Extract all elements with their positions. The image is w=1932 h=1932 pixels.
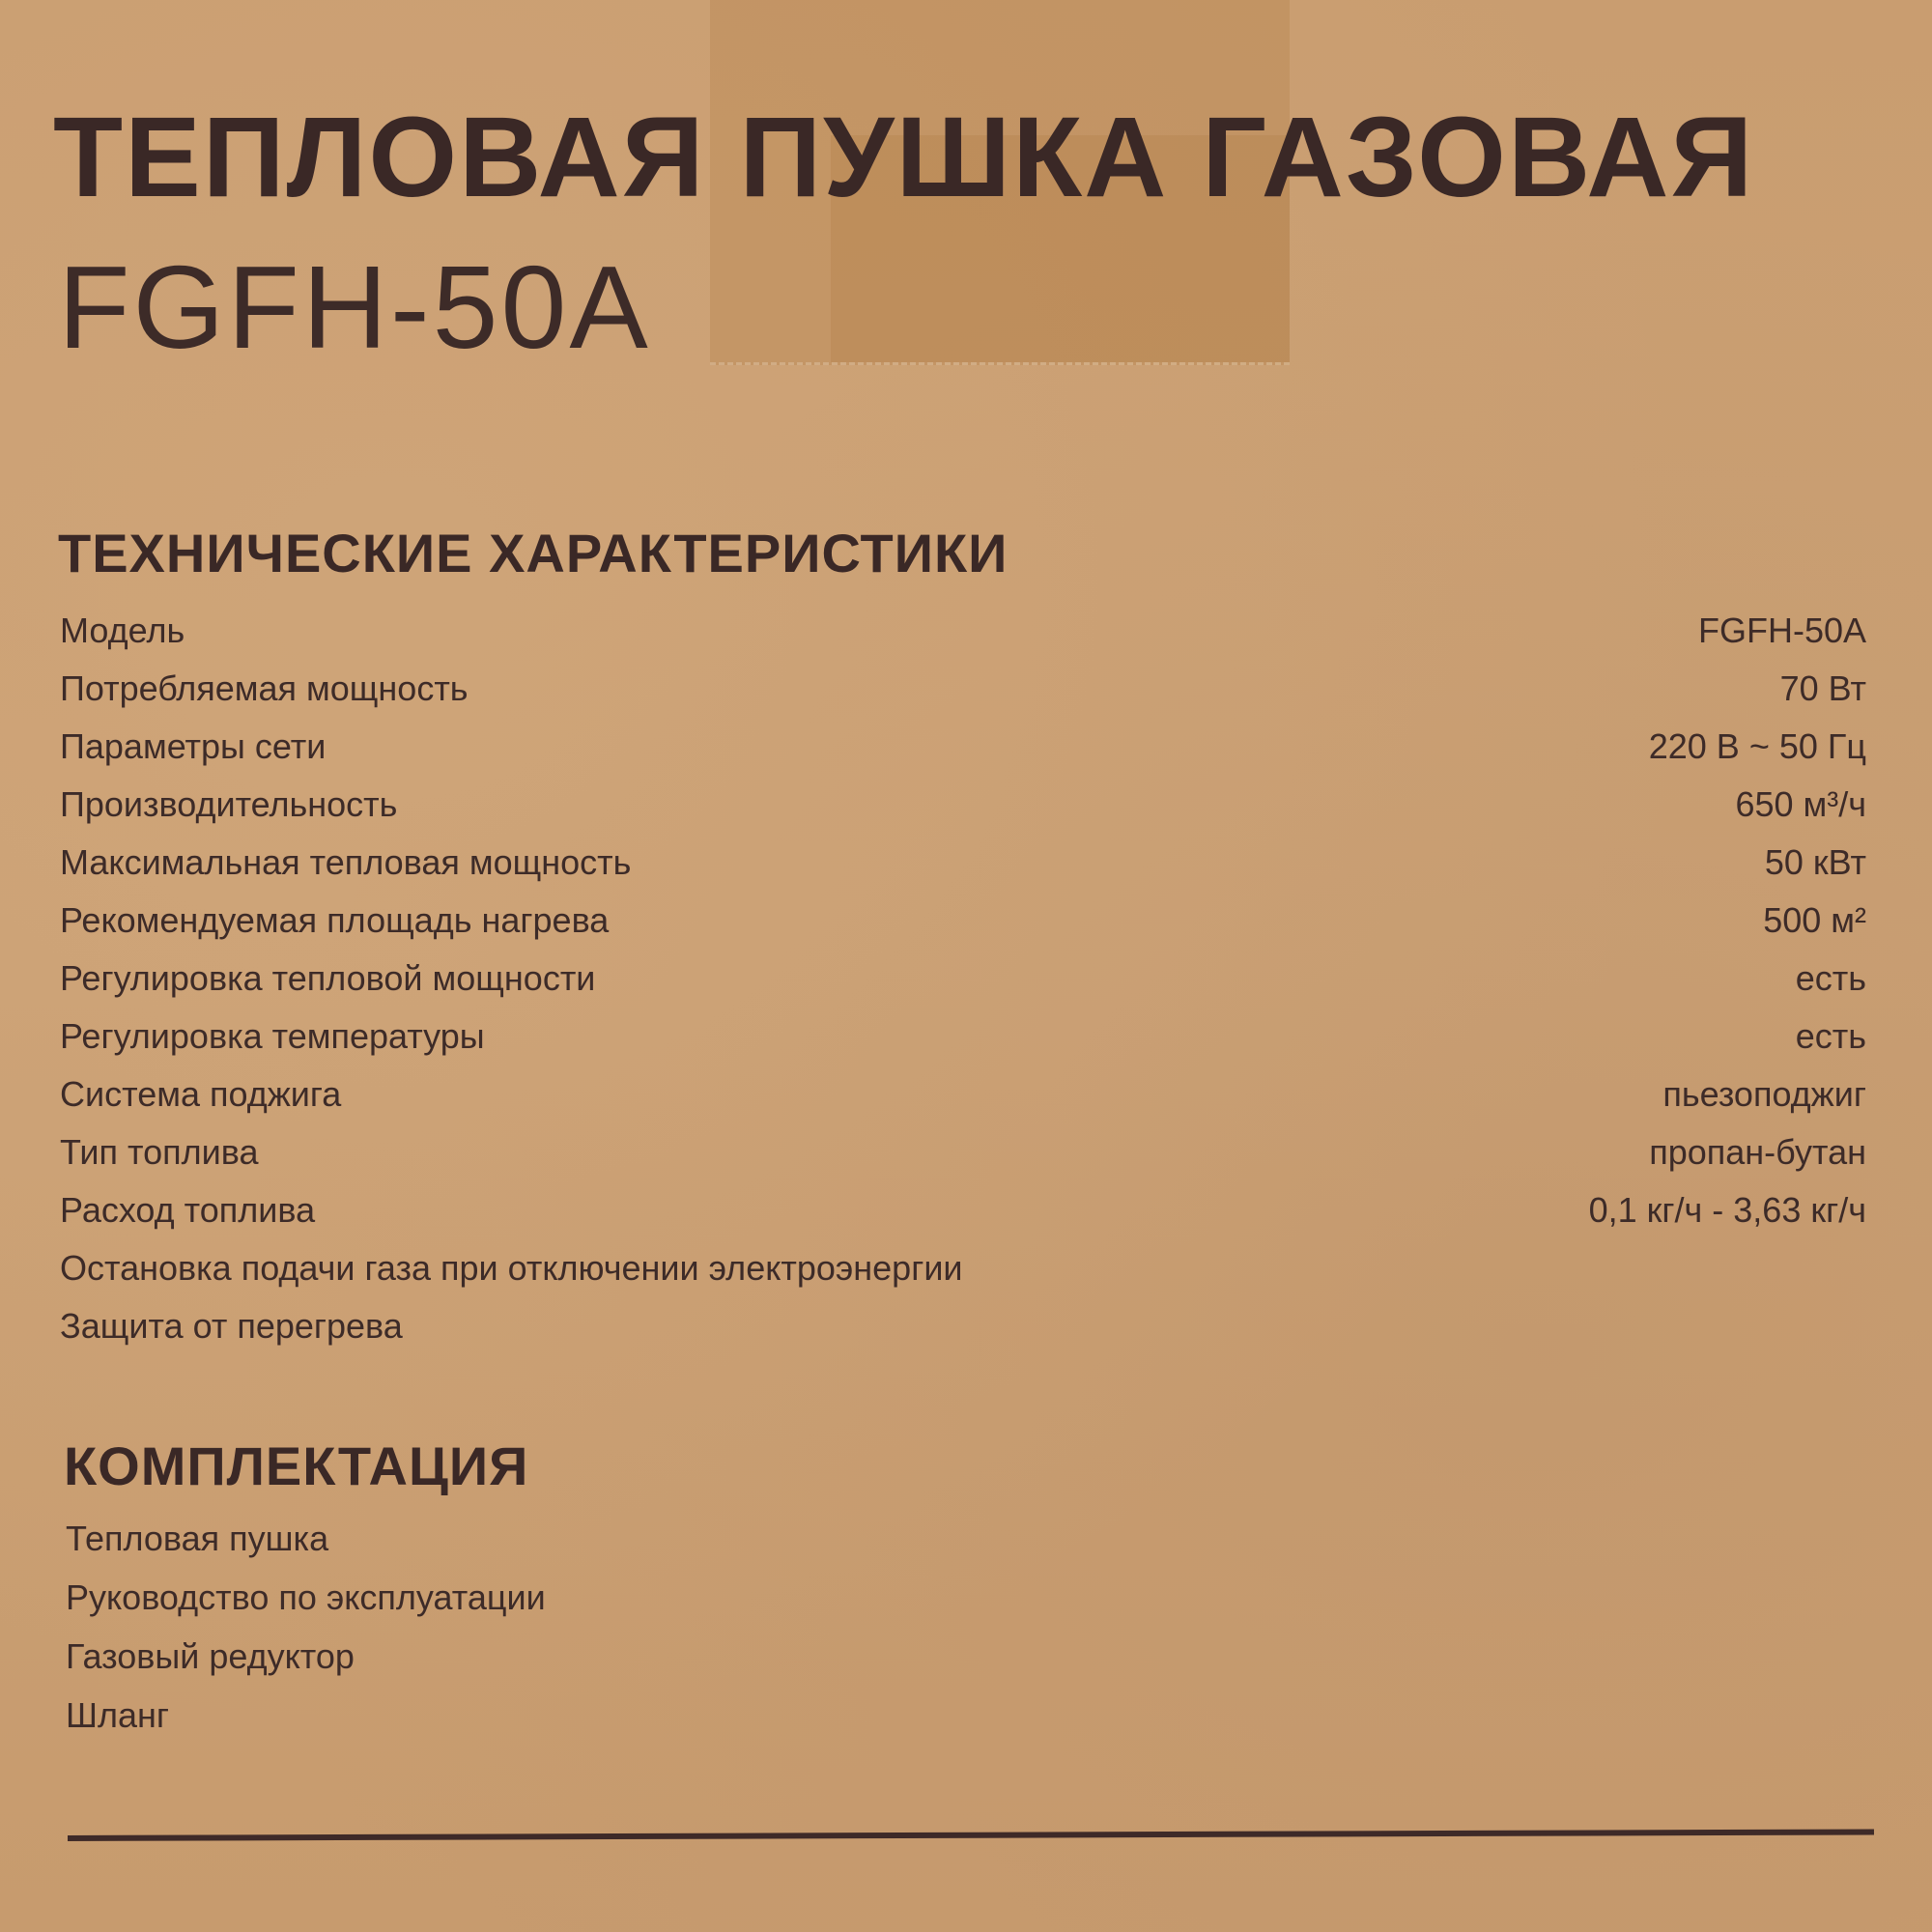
spec-value: 70 Вт: [1780, 668, 1866, 709]
spec-label: Производительность: [60, 784, 397, 825]
product-title: ТЕПЛОВАЯ ПУШКА ГАЗОВАЯ: [53, 92, 1754, 223]
spec-row: Расход топлива0,1 кг/ч - 3,63 кг/ч: [60, 1190, 1866, 1248]
spec-value: 500 м²: [1763, 900, 1866, 941]
spec-row: Производительность650 м³/ч: [60, 784, 1866, 842]
kit-item: Руководство по эксплуатации: [66, 1577, 546, 1636]
spec-row: Защита от перегрева: [60, 1306, 1866, 1364]
product-model: FGFH-50A: [58, 240, 651, 375]
spec-label: Рекомендуемая площадь нагрева: [60, 900, 609, 941]
spec-label: Параметры сети: [60, 726, 326, 767]
spec-row: Тип топливапропан-бутан: [60, 1132, 1866, 1190]
kit-list: Тепловая пушкаРуководство по эксплуатаци…: [66, 1519, 546, 1754]
spec-label: Модель: [60, 611, 185, 651]
spec-row: Параметры сети220 В ~ 50 Гц: [60, 726, 1866, 784]
spec-label: Максимальная тепловая мощность: [60, 842, 631, 883]
spec-label: Потребляемая мощность: [60, 668, 469, 709]
spec-value: 220 В ~ 50 Гц: [1649, 726, 1866, 767]
spec-label: Система поджига: [60, 1074, 341, 1115]
spec-value: 650 м³/ч: [1735, 784, 1866, 825]
spec-value: пьезоподжиг: [1662, 1074, 1866, 1115]
spec-value: есть: [1796, 958, 1866, 999]
spec-value: пропан-бутан: [1649, 1132, 1866, 1173]
kit-item: Шланг: [66, 1695, 546, 1754]
spec-row: Потребляемая мощность70 Вт: [60, 668, 1866, 726]
spec-row: Регулировка тепловой мощностиесть: [60, 958, 1866, 1016]
spec-row: Рекомендуемая площадь нагрева500 м²: [60, 900, 1866, 958]
spec-value: 50 кВт: [1765, 842, 1866, 883]
specs-heading: ТЕХНИЧЕСКИЕ ХАРАКТЕРИСТИКИ: [58, 522, 1008, 584]
spec-value: 0,1 кг/ч - 3,63 кг/ч: [1589, 1190, 1866, 1231]
spec-row: Максимальная тепловая мощность50 кВт: [60, 842, 1866, 900]
spec-row: Регулировка температурыесть: [60, 1016, 1866, 1074]
spec-value: есть: [1796, 1016, 1866, 1057]
spec-row: Система поджигапьезоподжиг: [60, 1074, 1866, 1132]
spec-row: Остановка подачи газа при отключении эле…: [60, 1248, 1866, 1306]
spec-label: Регулировка температуры: [60, 1016, 485, 1057]
kit-item: Газовый редуктор: [66, 1636, 546, 1695]
specs-table: МодельFGFH-50AПотребляемая мощность70 Вт…: [60, 611, 1866, 1364]
spec-label: Расход топлива: [60, 1190, 315, 1231]
spec-row: МодельFGFH-50A: [60, 611, 1866, 668]
spec-label: Остановка подачи газа при отключении эле…: [60, 1248, 963, 1289]
kit-item: Тепловая пушка: [66, 1519, 546, 1577]
spec-label: Тип топлива: [60, 1132, 258, 1173]
spec-label: Защита от перегрева: [60, 1306, 403, 1347]
spec-label: Регулировка тепловой мощности: [60, 958, 595, 999]
spec-value: FGFH-50A: [1698, 611, 1866, 651]
kit-heading: КОМПЛЕКТАЦИЯ: [64, 1435, 528, 1497]
